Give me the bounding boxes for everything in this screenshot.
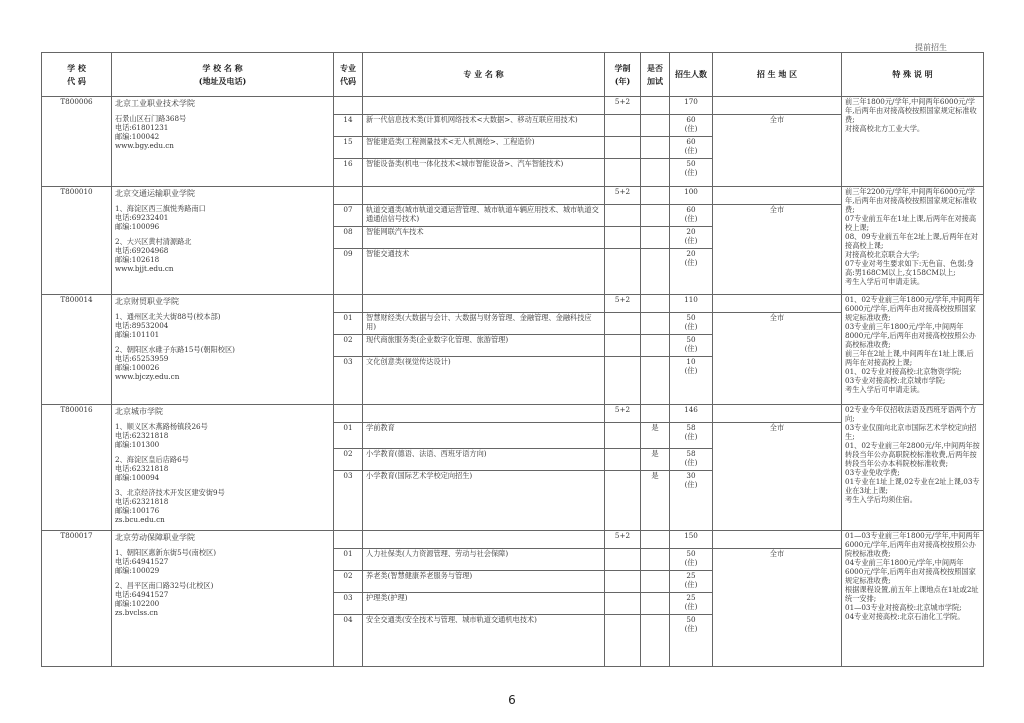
boarding-label: (住) [673, 146, 709, 155]
major-name-empty [363, 531, 605, 549]
extra-test [641, 335, 670, 357]
major-name: 现代商旅服务类(企业数字化管理、旅游管理) [363, 335, 605, 357]
address-line: 电话:64941527 [115, 590, 330, 599]
address-line: 2、朝阳区水碓子东路15号(朝阳校区) [115, 345, 330, 354]
address-line: 邮编:102200 [115, 599, 330, 608]
header-duration: 学制(年) [605, 53, 641, 97]
major-code: 02 [334, 571, 363, 593]
school-info: 北京财贸职业学院1、通州区北关大街88号(校本部)电话:89532004邮编:1… [112, 295, 334, 405]
enroll-count: 25(住) [670, 571, 713, 593]
enroll-count: 50(住) [670, 159, 713, 187]
special-notes: 01、02专业前三年1800元/学年,中间两年6000元/学年,后两年由对接高校… [842, 295, 984, 405]
total-enroll: 146 [670, 405, 713, 423]
address-line: 电话:65253959 [115, 354, 330, 363]
major-name: 小学教育(国际艺术学校定向招生) [363, 471, 605, 531]
enroll-region: 全市 [713, 313, 842, 405]
campus-address: 3、北京经济技术开发区建安街9号电话:62321818邮编:100176zs.b… [115, 488, 330, 524]
boarding-label: (住) [673, 458, 709, 467]
boarding-label: (住) [673, 558, 709, 567]
enroll-region: 全市 [713, 423, 842, 531]
count-value: 60 [673, 205, 709, 214]
major-name: 智慧财经类(大数据与会计、大数据与财务管理、金融管理、金融科技应用) [363, 313, 605, 335]
total-enroll: 100 [670, 187, 713, 205]
enrollment-table: 学 校代 码 学 校 名 称(地址及电话) 专业代码 专 业 名 称 学制(年)… [41, 52, 984, 667]
address-line: 2、昌平区南口路32号(北校区) [115, 581, 330, 590]
duration-empty [605, 549, 641, 571]
school-summary-row: T800010北京交通运输职业学院1、海淀区西三旗悦秀路南口电话:6923240… [42, 187, 984, 205]
address-line: 邮编:100029 [115, 566, 330, 575]
major-code: 01 [334, 313, 363, 335]
address-line: 邮编:101101 [115, 330, 330, 339]
duration-empty [605, 115, 641, 137]
extra-test-empty [641, 531, 670, 549]
school-info: 北京交通运输职业学院1、海淀区西三旗悦秀路南口电话:69232401邮编:100… [112, 187, 334, 295]
major-code: 14 [334, 115, 363, 137]
region-top-empty [713, 295, 842, 313]
enroll-region: 全市 [713, 549, 842, 667]
duration: 5+2 [605, 295, 641, 313]
extra-test [641, 159, 670, 187]
duration-empty [605, 335, 641, 357]
major-code: 03 [334, 593, 363, 615]
address-line: 邮编:100026 [115, 363, 330, 372]
enroll-region: 全市 [713, 205, 842, 295]
school-code: T800010 [42, 187, 112, 295]
count-value: 10 [673, 357, 709, 366]
extra-test [641, 227, 670, 249]
address-line: 邮编:100094 [115, 473, 330, 482]
major-name: 智能网联汽车技术 [363, 227, 605, 249]
campus-address: 1、顺义区木燕路杨镇段26号电话:62321818邮编:101300 [115, 422, 330, 449]
enroll-count: 20(住) [670, 227, 713, 249]
address-line: 电话:62321818 [115, 431, 330, 440]
duration: 5+2 [605, 97, 641, 115]
school-summary-row: T800014北京财贸职业学院1、通州区北关大街88号(校本部)电话:89532… [42, 295, 984, 313]
extra-test [641, 313, 670, 335]
enroll-count: 60(住) [670, 205, 713, 227]
boarding-label: (住) [673, 124, 709, 133]
boarding-label: (住) [673, 602, 709, 611]
school-info: 北京城市学院1、顺义区木燕路杨镇段26号电话:62321818邮编:101300… [112, 405, 334, 531]
header-school-code: 学 校代 码 [42, 53, 112, 97]
header-enroll: 招生人数 [670, 53, 713, 97]
boarding-label: (住) [673, 580, 709, 589]
special-notes: 02专业今年仅招收法语及西班牙语两个方向; 03专业仅面向北京市国际艺术学校定向… [842, 405, 984, 531]
extra-test [641, 571, 670, 593]
school-info: 北京工业职业技术学院石景山区石门路368号电话:61801231邮编:10004… [112, 97, 334, 187]
major-name: 智能设备类(机电一体化技术<城市智能设备>、汽车智能技术) [363, 159, 605, 187]
school-code: T800014 [42, 295, 112, 405]
duration-empty [605, 313, 641, 335]
major-name: 小学教育(德语、法语、西班牙语方向) [363, 449, 605, 471]
duration-empty [605, 471, 641, 531]
school-info: 北京劳动保障职业学院1、朝阳区惠新东街5号(南校区)电话:64941527邮编:… [112, 531, 334, 667]
major-code: 02 [334, 335, 363, 357]
extra-test [641, 549, 670, 571]
count-value: 58 [673, 423, 709, 432]
count-value: 30 [673, 471, 709, 480]
count-value: 60 [673, 115, 709, 124]
boarding-label: (住) [673, 322, 709, 331]
boarding-label: (住) [673, 168, 709, 177]
major-name: 文化创意类(视觉传达设计) [363, 357, 605, 405]
school-summary-row: T800017北京劳动保障职业学院1、朝阳区惠新东街5号(南校区)电话:6494… [42, 531, 984, 549]
enroll-count: 58(住) [670, 423, 713, 449]
duration-empty [605, 205, 641, 227]
major-code-empty [334, 405, 363, 423]
school-summary-row: T800006北京工业职业技术学院石景山区石门路368号电话:61801231邮… [42, 97, 984, 115]
total-enroll: 170 [670, 97, 713, 115]
extra-test [641, 205, 670, 227]
header-major-code: 专业代码 [334, 53, 363, 97]
address-line: zs.bvclss.cn [115, 608, 330, 617]
enroll-count: 50(住) [670, 549, 713, 571]
count-value: 50 [673, 159, 709, 168]
major-name: 新一代信息技术类(计算机网络技术<大数据>、移动互联应用技术) [363, 115, 605, 137]
enroll-count: 30(住) [670, 471, 713, 531]
extra-test [641, 593, 670, 615]
duration-empty [605, 159, 641, 187]
count-value: 20 [673, 227, 709, 236]
extra-test-empty [641, 97, 670, 115]
address-line: 2、大兴区黄村清源路北 [115, 237, 330, 246]
campus-address: 1、海淀区西三旗悦秀路南口电话:69232401邮编:100096 [115, 204, 330, 231]
total-enroll: 150 [670, 531, 713, 549]
school-name: 北京城市学院 [115, 407, 330, 416]
count-value: 58 [673, 449, 709, 458]
major-name-empty [363, 187, 605, 205]
major-code-empty [334, 97, 363, 115]
school-name: 北京财贸职业学院 [115, 297, 330, 306]
major-code: 08 [334, 227, 363, 249]
count-value: 50 [673, 549, 709, 558]
region-top-empty [713, 187, 842, 205]
table-header: 学 校代 码 学 校 名 称(地址及电话) 专业代码 专 业 名 称 学制(年)… [42, 53, 984, 97]
address-line: 邮编:100176 [115, 506, 330, 515]
enroll-count: 25(住) [670, 593, 713, 615]
special-notes: 前三年2200元/学年,中间两年6000元/学年,后两年由对接高校按照国家规定标… [842, 187, 984, 295]
extra-test-empty [641, 187, 670, 205]
major-name: 智能建造类(工程测量技术<无人机测绘>、工程造价) [363, 137, 605, 159]
count-value: 50 [673, 615, 709, 624]
duration: 5+2 [605, 187, 641, 205]
extra-test: 是 [641, 471, 670, 531]
major-code-empty [334, 187, 363, 205]
school-code: T800017 [42, 531, 112, 667]
address-line: 电话:62321818 [115, 464, 330, 473]
duration-empty [605, 423, 641, 449]
duration-empty [605, 227, 641, 249]
extra-test: 是 [641, 423, 670, 449]
special-notes: 前三年1800元/学年,中间两年6000元/学年,后两年由对接高校按照国家规定标… [842, 97, 984, 187]
count-value: 60 [673, 137, 709, 146]
campus-address: 2、大兴区黄村清源路北电话:69204968邮编:102618www.bjjt.… [115, 237, 330, 273]
extra-test [641, 137, 670, 159]
school-name: 北京劳动保障职业学院 [115, 533, 330, 542]
major-name: 轨道交通类(城市轨道交通运营管理、城市轨道车辆应用技术、城市轨道交通通信信号技术… [363, 205, 605, 227]
major-code: 15 [334, 137, 363, 159]
extra-test: 是 [641, 449, 670, 471]
extra-test [641, 357, 670, 405]
enroll-count: 60(住) [670, 115, 713, 137]
duration-empty [605, 137, 641, 159]
count-value: 25 [673, 571, 709, 580]
address-line: 邮编:100042 [115, 132, 330, 141]
school-name: 北京交通运输职业学院 [115, 189, 330, 198]
duration-empty [605, 571, 641, 593]
address-line: 电话:62321818 [115, 497, 330, 506]
page-number: 6 [0, 693, 1024, 707]
address-line: 电话:89532004 [115, 321, 330, 330]
count-value: 25 [673, 593, 709, 602]
address-line: www.bgy.edu.cn [115, 141, 330, 150]
major-code-empty [334, 531, 363, 549]
boarding-label: (住) [673, 236, 709, 245]
enroll-count: 50(住) [670, 313, 713, 335]
extra-test-empty [641, 405, 670, 423]
campus-address: 2、海淀区皇后店路6号电话:62321818邮编:100094 [115, 455, 330, 482]
major-name-empty [363, 97, 605, 115]
boarding-label: (住) [673, 480, 709, 489]
address-line: 1、海淀区西三旗悦秀路南口 [115, 204, 330, 213]
boarding-label: (住) [673, 432, 709, 441]
enroll-count: 10(住) [670, 357, 713, 405]
enroll-count: 50(住) [670, 335, 713, 357]
duration-empty [605, 593, 641, 615]
campus-address: 1、朝阳区惠新东街5号(南校区)电话:64941527邮编:100029 [115, 548, 330, 575]
enroll-count: 50(住) [670, 615, 713, 667]
special-notes: 01—03专业前三年1800元/学年,中间两年6000元/学年,后两年由对接高校… [842, 531, 984, 667]
address-line: 1、朝阳区惠新东街5号(南校区) [115, 548, 330, 557]
extra-test-empty [641, 295, 670, 313]
boarding-label: (住) [673, 366, 709, 375]
major-name: 学前教育 [363, 423, 605, 449]
campus-address: 1、通州区北关大街88号(校本部)电话:89532004邮编:101101 [115, 312, 330, 339]
address-line: 电话:69232401 [115, 213, 330, 222]
boarding-label: (住) [673, 214, 709, 223]
header-major-name: 专 业 名 称 [363, 53, 605, 97]
school-summary-row: T800016北京城市学院1、顺义区木燕路杨镇段26号电话:62321818邮编… [42, 405, 984, 423]
major-code: 03 [334, 357, 363, 405]
major-code: 03 [334, 471, 363, 531]
campus-address: 2、昌平区南口路32号(北校区)电话:64941527邮编:102200zs.b… [115, 581, 330, 617]
major-name: 养老类(智慧健康养老服务与管理) [363, 571, 605, 593]
header-region: 招 生 地 区 [713, 53, 842, 97]
major-name: 智能交通技术 [363, 249, 605, 295]
address-line: 邮编:101300 [115, 440, 330, 449]
major-code: 16 [334, 159, 363, 187]
address-line: 电话:61801231 [115, 123, 330, 132]
enroll-count: 58(住) [670, 449, 713, 471]
address-line: 电话:69204968 [115, 246, 330, 255]
major-name: 护理类(护理) [363, 593, 605, 615]
extra-test [641, 615, 670, 667]
school-code: T800006 [42, 97, 112, 187]
region-top-empty [713, 97, 842, 115]
major-name-empty [363, 295, 605, 313]
count-value: 50 [673, 313, 709, 322]
header-school-name: 学 校 名 称(地址及电话) [112, 53, 334, 97]
count-value: 20 [673, 249, 709, 258]
header-notes: 特 殊 说 明 [842, 53, 984, 97]
duration: 5+2 [605, 405, 641, 423]
extra-test [641, 249, 670, 295]
duration: 5+2 [605, 531, 641, 549]
address-line: 1、通州区北关大街88号(校本部) [115, 312, 330, 321]
extra-test [641, 115, 670, 137]
boarding-label: (住) [673, 344, 709, 353]
address-line: zs.bcu.edu.cn [115, 515, 330, 524]
major-code: 07 [334, 205, 363, 227]
campus-address: 2、朝阳区水碓子东路15号(朝阳校区)电话:65253959邮编:100026w… [115, 345, 330, 381]
address-line: 2、海淀区皇后店路6号 [115, 455, 330, 464]
boarding-label: (住) [673, 258, 709, 267]
address-line: 邮编:102618 [115, 255, 330, 264]
address-line: www.bjjt.edu.cn [115, 264, 330, 273]
header-extra-test: 是否加试 [641, 53, 670, 97]
duration-empty [605, 449, 641, 471]
duration-empty [605, 357, 641, 405]
total-enroll: 110 [670, 295, 713, 313]
major-code-empty [334, 295, 363, 313]
region-top-empty [713, 405, 842, 423]
count-value: 50 [673, 335, 709, 344]
duration-empty [605, 249, 641, 295]
school-code: T800016 [42, 405, 112, 531]
major-name: 人力社保类(人力资源管理、劳动与社会保障) [363, 549, 605, 571]
boarding-label: (住) [673, 624, 709, 633]
major-code: 04 [334, 615, 363, 667]
address-line: 1、顺义区木燕路杨镇段26号 [115, 422, 330, 431]
enroll-count: 60(住) [670, 137, 713, 159]
major-code: 01 [334, 423, 363, 449]
major-code: 09 [334, 249, 363, 295]
major-code: 02 [334, 449, 363, 471]
address-line: 电话:64941527 [115, 557, 330, 566]
address-line: 石景山区石门路368号 [115, 114, 330, 123]
region-top-empty [713, 531, 842, 549]
enroll-count: 20(住) [670, 249, 713, 295]
address-line: 3、北京经济技术开发区建安街9号 [115, 488, 330, 497]
school-name: 北京工业职业技术学院 [115, 99, 330, 108]
major-code: 01 [334, 549, 363, 571]
enroll-region: 全市 [713, 115, 842, 187]
campus-address: 石景山区石门路368号电话:61801231邮编:100042www.bgy.e… [115, 114, 330, 150]
address-line: 邮编:100096 [115, 222, 330, 231]
duration-empty [605, 615, 641, 667]
major-name: 安全交通类(安全技术与管理、城市轨道交通机电技术) [363, 615, 605, 667]
major-name-empty [363, 405, 605, 423]
address-line: www.bjczy.edu.cn [115, 372, 330, 381]
